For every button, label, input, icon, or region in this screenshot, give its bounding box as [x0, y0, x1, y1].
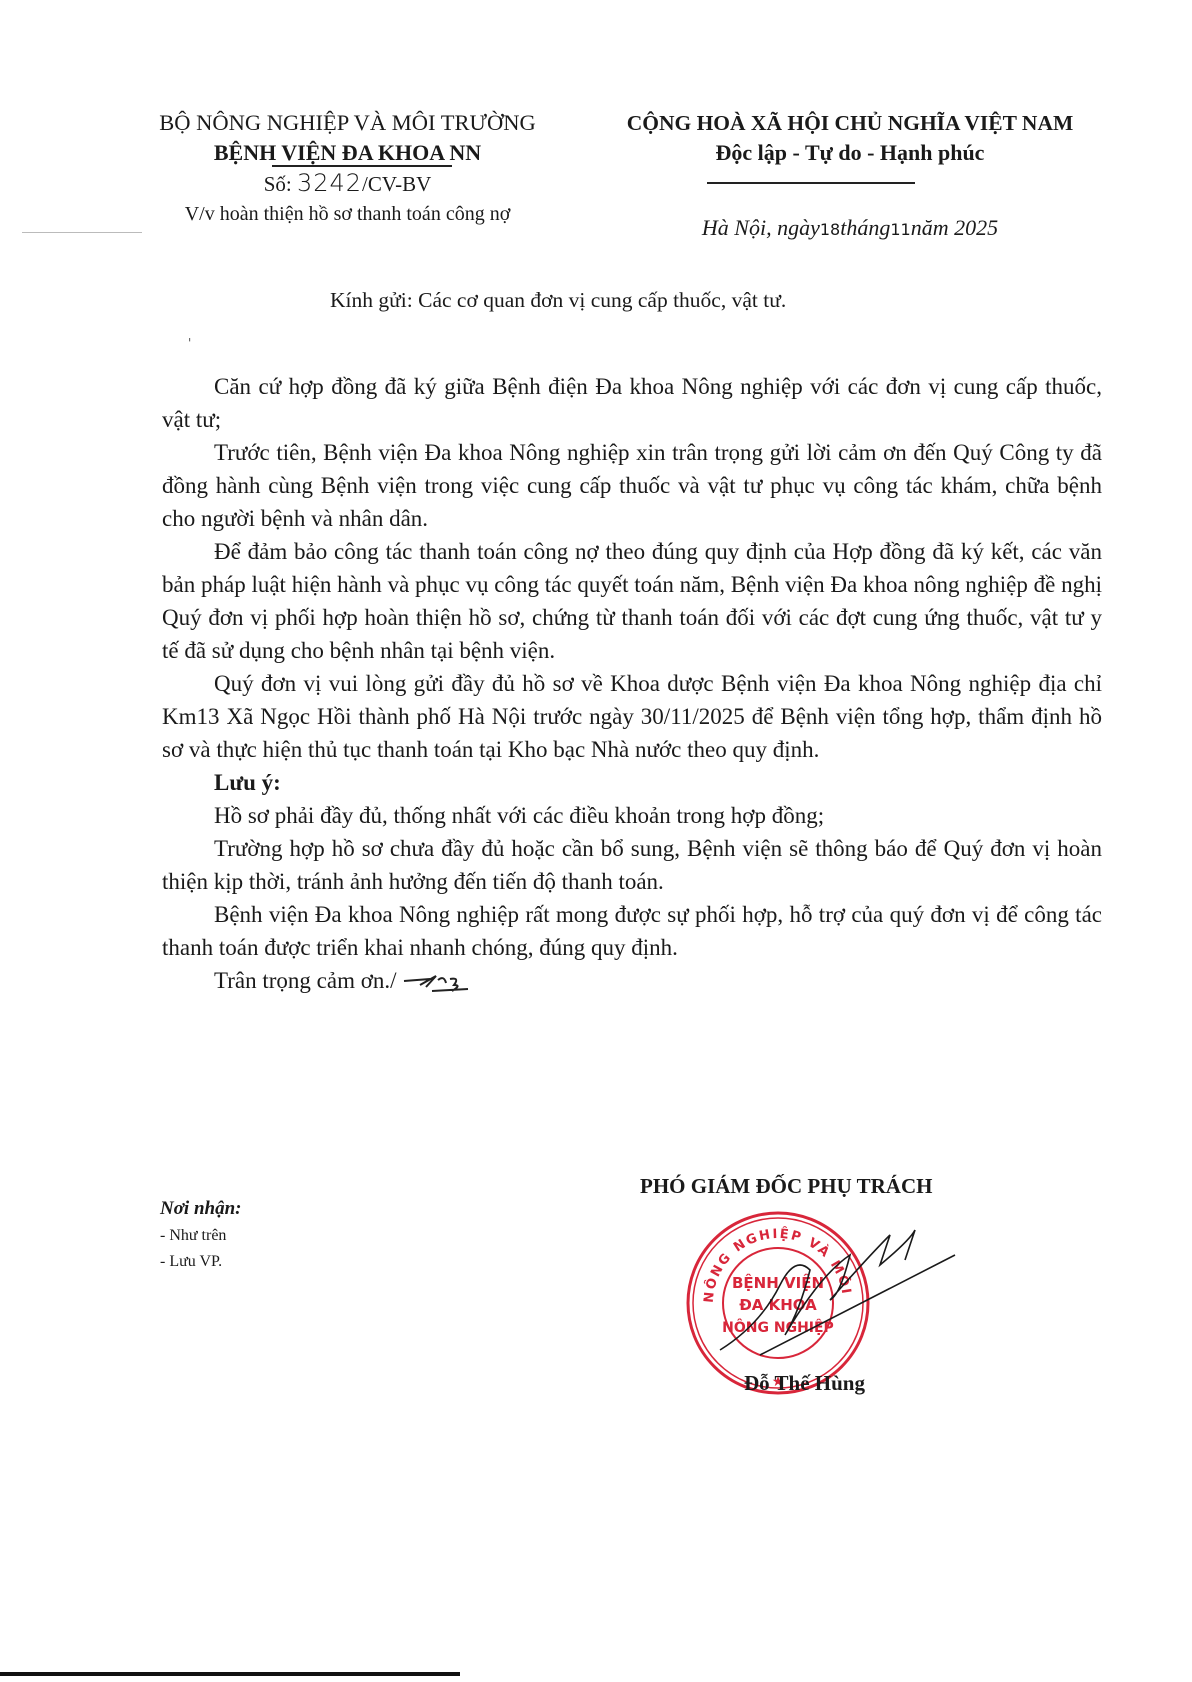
signer-title: PHÓ GIÁM ĐỐC PHỤ TRÁCH: [640, 1174, 932, 1199]
document-number: Số: 3242/CV-BV: [120, 168, 575, 199]
addressee-line: Kính gửi: Các cơ quan đơn vị cung cấp th…: [330, 288, 786, 313]
initials-scribble-icon: [402, 971, 472, 995]
recipients-heading: Nơi nhận:: [160, 1195, 241, 1223]
date-month-label: tháng: [840, 215, 890, 240]
thanks-text: Trân trọng cảm ơn./: [214, 968, 397, 993]
scan-artifact-line: [22, 232, 142, 233]
thanks-line: Trân trọng cảm ơn./: [162, 964, 1102, 997]
doc-number-prefix: Số:: [264, 172, 292, 196]
closing-paragraph: Bệnh viện Đa khoa Nông nghiệp rất mong đ…: [162, 898, 1102, 964]
date-year: năm 2025: [911, 215, 998, 240]
scan-edge-bar: [0, 1672, 460, 1676]
letter-body: Căn cứ hợp đồng đã ký giữa Bệnh điện Đa …: [162, 370, 1102, 997]
recipient-item: - Như trên: [160, 1223, 241, 1249]
date-day: 18: [820, 220, 840, 239]
recipient-item: - Lưu VP.: [160, 1249, 241, 1275]
document-date: Hà Nội, ngày18tháng11năm 2025: [600, 215, 1100, 241]
body-paragraph: Quý đơn vị vui lòng gửi đầy đủ hồ sơ về …: [162, 667, 1102, 766]
note-item: Trường hợp hồ sơ chưa đầy đủ hoặc cần bổ…: [162, 832, 1102, 898]
scan-speck: ': [188, 336, 191, 350]
signer-name: Đỗ Thế Hùng: [744, 1371, 865, 1396]
nation-block: CỘNG HOÀ XÃ HỘI CHỦ NGHĨA VIỆT NAM Độc l…: [590, 108, 1110, 168]
body-paragraph: Căn cứ hợp đồng đã ký giữa Bệnh điện Đa …: [162, 370, 1102, 436]
handwritten-signature-icon: [700, 1215, 960, 1365]
document-subject: V/v hoàn thiện hồ sơ thanh toán công nợ: [120, 199, 575, 229]
date-place: Hà Nội, ngày: [702, 215, 820, 240]
body-paragraph: Để đảm bảo công tác thanh toán công nợ t…: [162, 535, 1102, 667]
note-item: Hồ sơ phải đầy đủ, thống nhất với các đi…: [162, 799, 1102, 832]
note-heading: Lưu ý:: [162, 766, 1102, 799]
org-underline: [272, 165, 452, 167]
organization-name-text: BỆNH VIỆN ĐA KHOA NN: [214, 140, 481, 165]
doc-number-suffix: /CV-BV: [362, 172, 431, 196]
ministry-name: BỘ NÔNG NGHIỆP VÀ MÔI TRƯỜNG: [120, 108, 575, 138]
nation-title: CỘNG HOÀ XÃ HỘI CHỦ NGHĨA VIỆT NAM: [590, 108, 1110, 138]
motto-underline: [707, 182, 915, 184]
recipients-block: Nơi nhận: - Như trên - Lưu VP.: [160, 1195, 241, 1275]
nation-motto: Độc lập - Tự do - Hạnh phúc: [590, 138, 1110, 168]
body-paragraph: Trước tiên, Bệnh viện Đa khoa Nông nghiệ…: [162, 436, 1102, 535]
issuer-block: BỘ NÔNG NGHIỆP VÀ MÔI TRƯỜNG BỆNH VIỆN Đ…: [120, 108, 575, 229]
organization-name: BỆNH VIỆN ĐA KHOA NN: [120, 138, 575, 168]
date-month: 11: [890, 220, 910, 239]
doc-number-handwritten: 3242: [297, 169, 362, 197]
